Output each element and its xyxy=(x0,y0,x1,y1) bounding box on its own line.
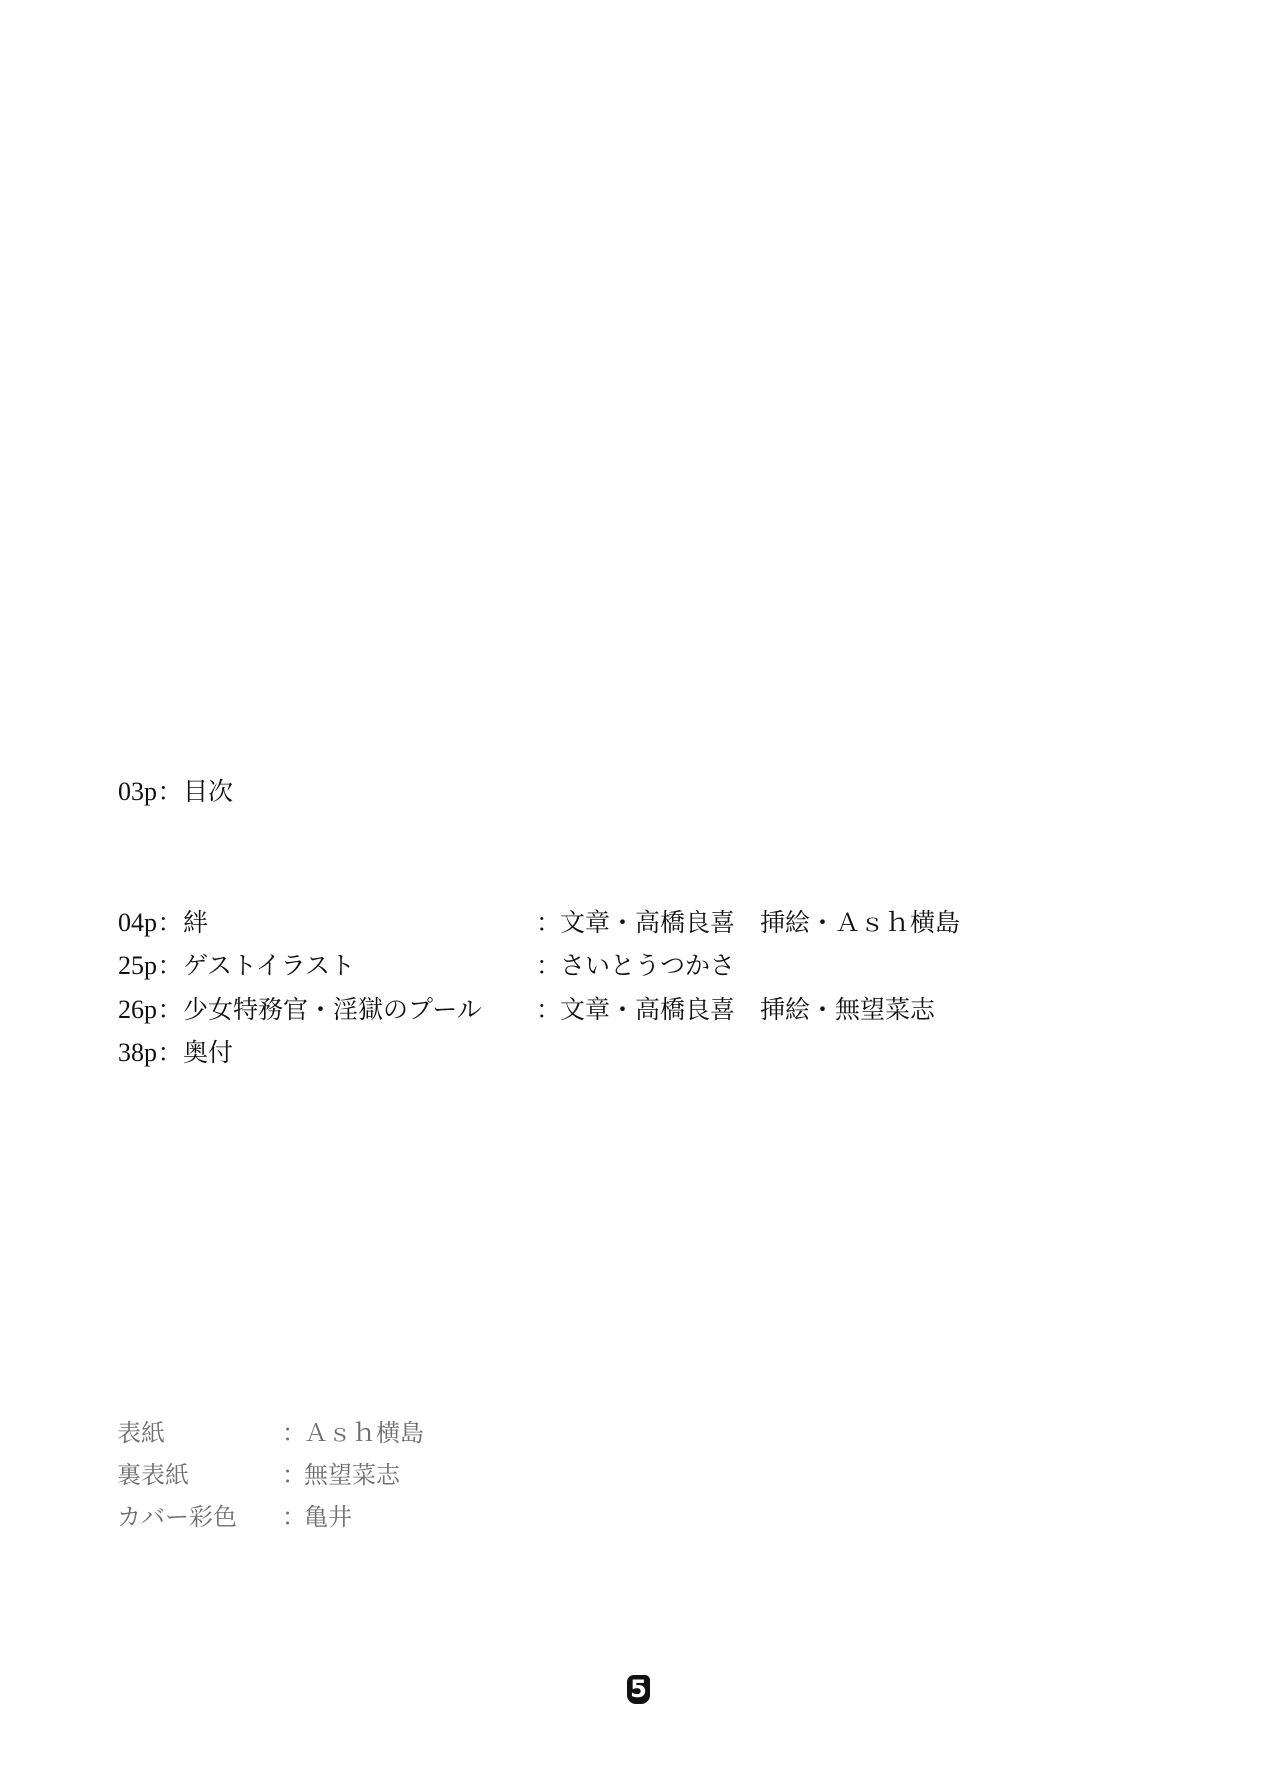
toc-page-number: 03p xyxy=(118,777,157,807)
toc-page-number: 26p xyxy=(118,995,157,1025)
toc-credit-separator: ： xyxy=(536,951,560,981)
toc-entry: 04p：絆 xyxy=(118,908,208,938)
toc-page-number: 04p xyxy=(118,908,157,938)
toc-separator: ： xyxy=(157,1038,183,1068)
toc-title: 目次 xyxy=(183,777,233,807)
toc-separator: ： xyxy=(157,951,183,981)
toc-entry: 38p：奥付 xyxy=(118,1038,233,1068)
toc-title: 奥付 xyxy=(183,1038,233,1068)
toc-entry-contents: 03p：目次 xyxy=(118,777,233,807)
cover-credit-value: ：無望菜志 xyxy=(282,1460,400,1490)
toc-title: ゲストイラスト xyxy=(183,951,355,981)
toc-entry: 26p：少女特務官・淫獄のプール xyxy=(118,995,482,1025)
cover-credit-separator: ： xyxy=(282,1418,304,1448)
toc-credit-text: 文章・高橋良喜 挿絵・Ａｓｈ横島 xyxy=(560,908,960,937)
cover-credit-separator: ： xyxy=(282,1502,304,1532)
toc-page-number: 25p xyxy=(118,951,157,981)
toc-credit: ：文章・高橋良喜 挿絵・Ａｓｈ横島 xyxy=(536,908,960,938)
toc-page-number: 38p xyxy=(118,1038,157,1068)
toc-separator: ： xyxy=(157,908,183,938)
cover-credit-label: カバー彩色 xyxy=(117,1502,237,1532)
cover-credit-name: Ａｓｈ横島 xyxy=(304,1419,424,1447)
toc-credit: ：文章・高橋良喜 挿絵・無望菜志 xyxy=(536,995,935,1025)
cover-credit-name: 亀井 xyxy=(304,1503,352,1531)
toc-title: 絆 xyxy=(183,908,208,938)
toc-credit-separator: ： xyxy=(536,995,560,1025)
toc-separator: ： xyxy=(157,995,183,1025)
toc-title: 少女特務官・淫獄のプール xyxy=(183,995,482,1025)
cover-credit-label: 表紙 xyxy=(117,1418,165,1448)
toc-credit: ：さいとうつかさ xyxy=(536,951,735,981)
cover-credit-name: 無望菜志 xyxy=(304,1461,400,1489)
toc-separator: ： xyxy=(157,777,183,807)
cover-credit-value: ：亀井 xyxy=(282,1502,352,1532)
toc-entry: 25p：ゲストイラスト xyxy=(118,951,355,981)
toc-credit-text: 文章・高橋良喜 挿絵・無望菜志 xyxy=(560,995,935,1024)
toc-credit-text: さいとうつかさ xyxy=(560,951,735,980)
document-page: 03p：目次 04p：絆 ：文章・高橋良喜 挿絵・Ａｓｈ横島 25p：ゲストイラ… xyxy=(0,0,1280,1780)
cover-credit-value: ：Ａｓｈ横島 xyxy=(282,1418,424,1448)
toc-credit-separator: ： xyxy=(536,908,560,938)
cover-credit-separator: ： xyxy=(282,1460,304,1490)
cover-credit-label: 裏表紙 xyxy=(117,1460,189,1490)
page-number: 5 xyxy=(627,1675,650,1704)
